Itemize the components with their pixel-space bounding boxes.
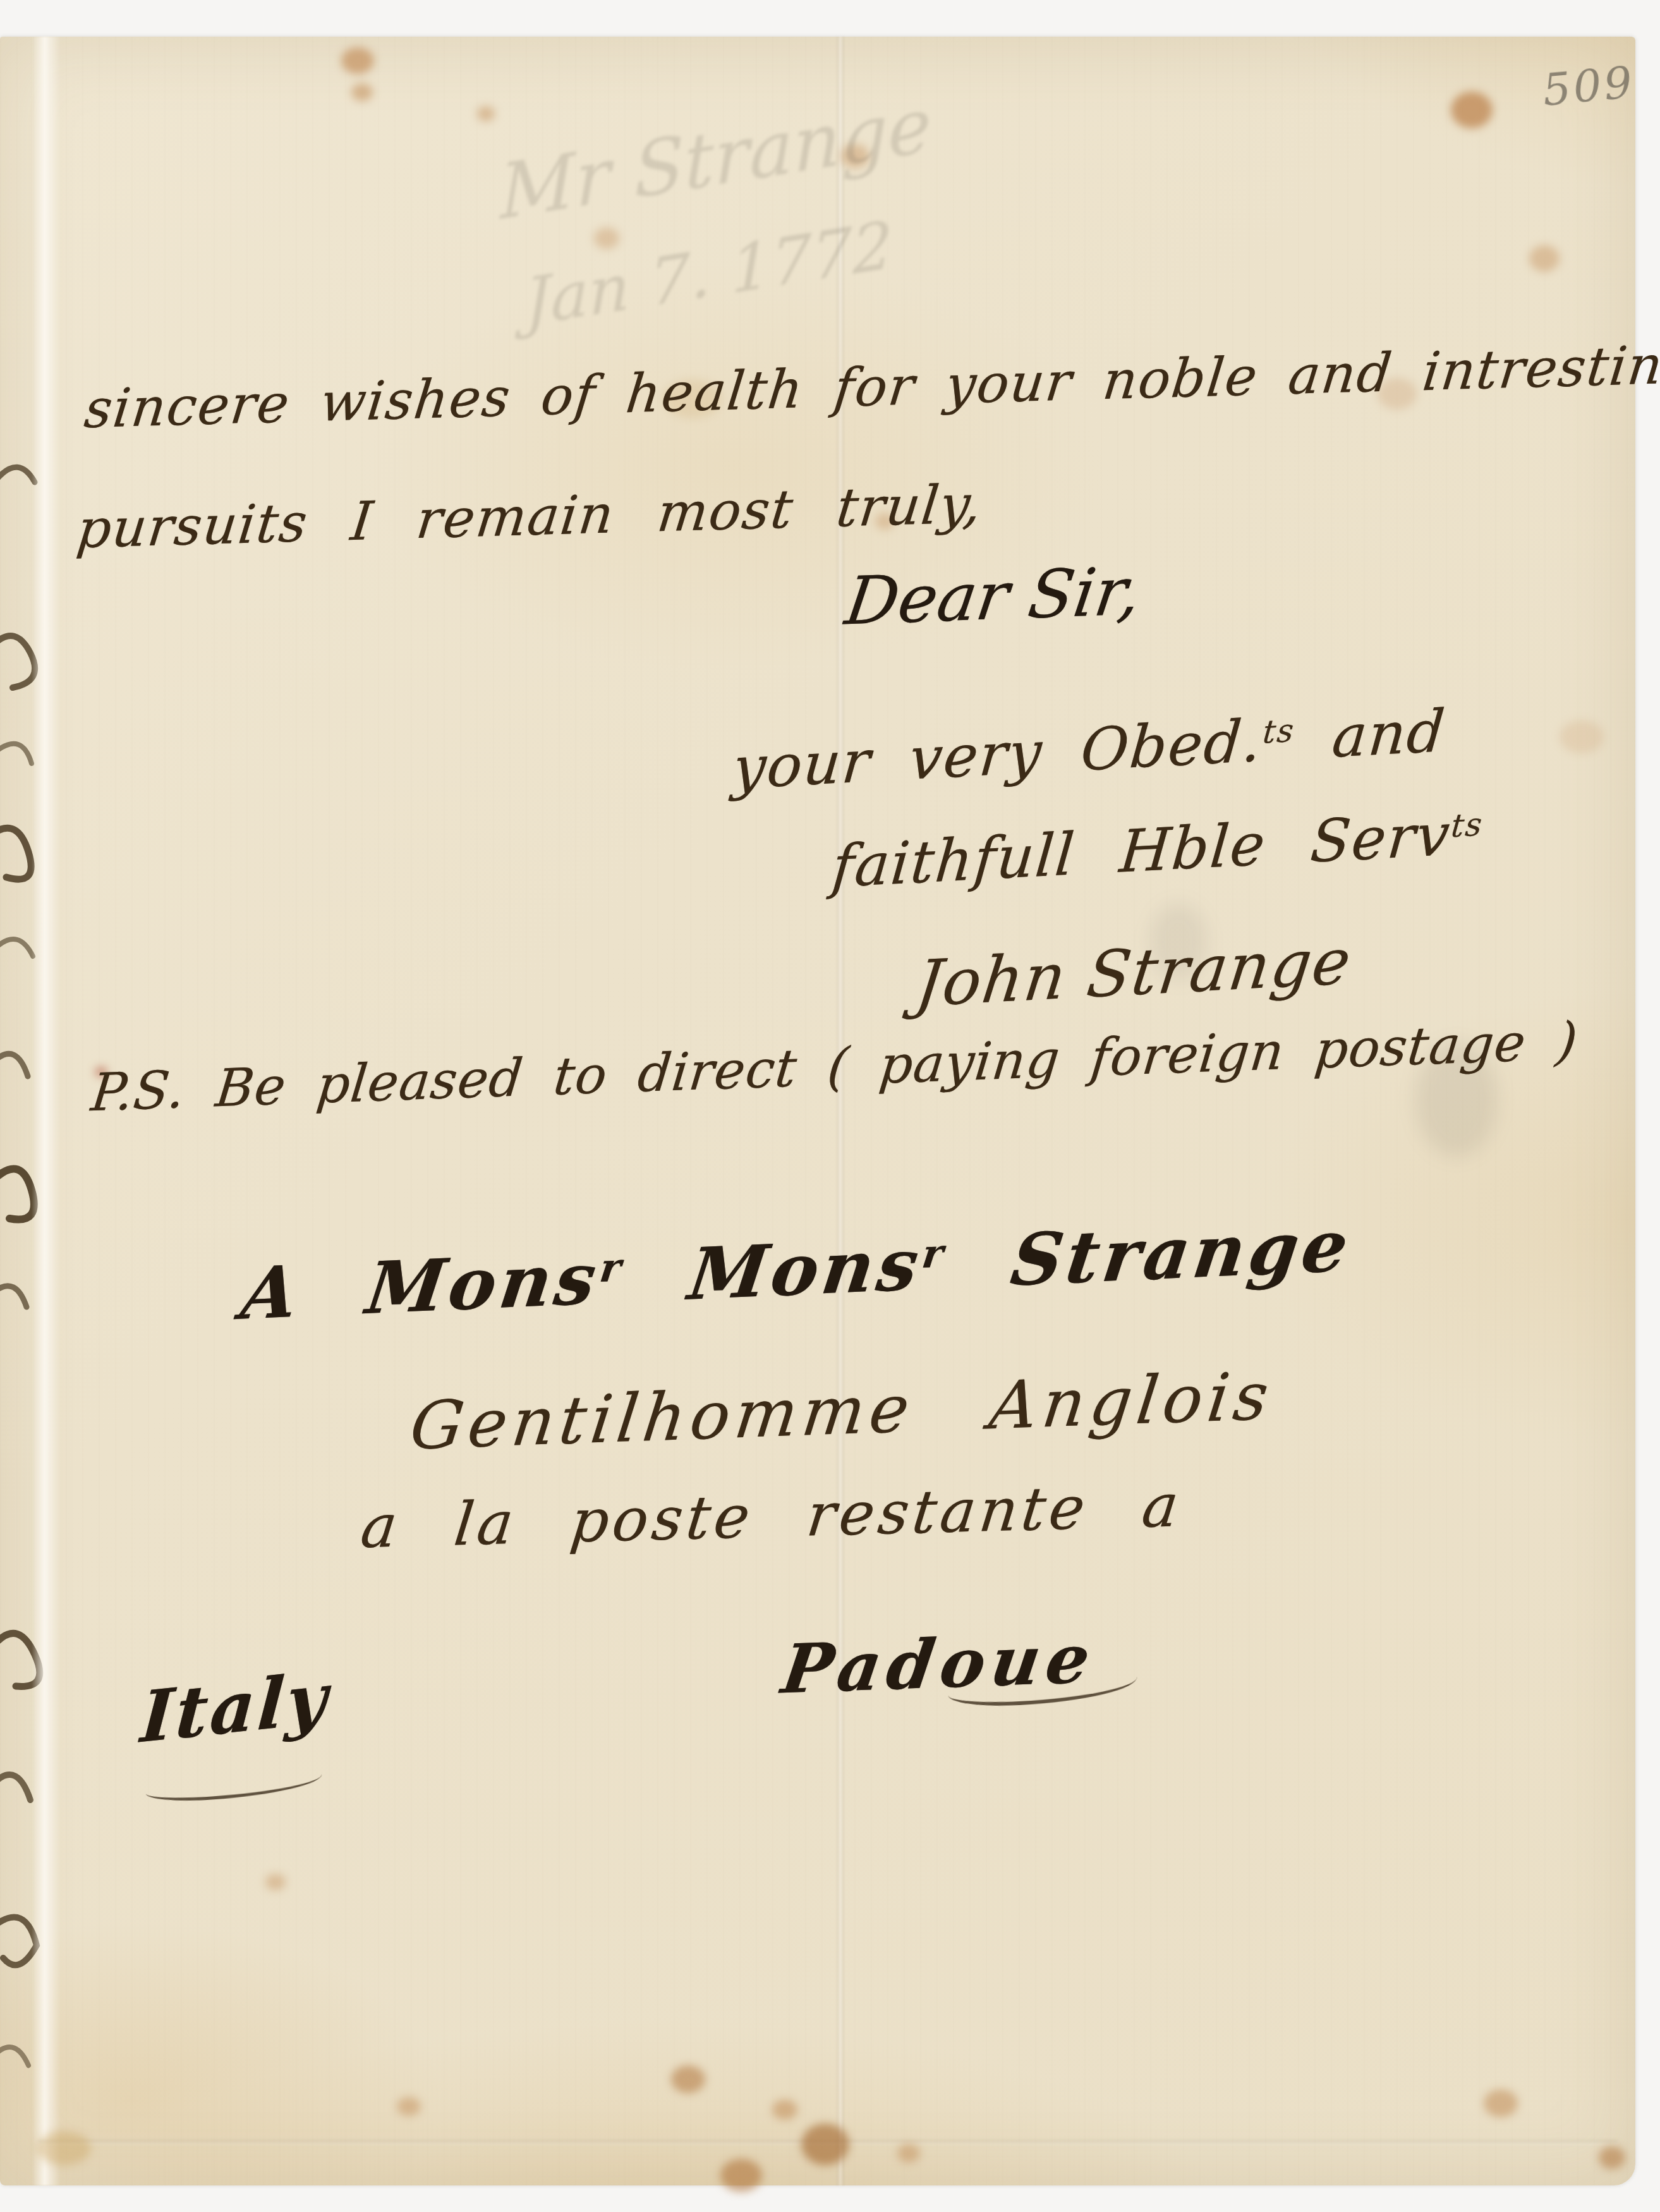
foxing-stain <box>1560 720 1604 753</box>
foxing-stain <box>594 228 619 249</box>
address-line1-b: Mons <box>618 1223 927 1319</box>
foxing-stain <box>671 2065 705 2093</box>
foxing-stain <box>772 2100 797 2120</box>
foxing-stain <box>1599 2146 1625 2169</box>
foxing-stain <box>897 2144 920 2163</box>
foxing-stain <box>801 2124 849 2165</box>
foxing-stain <box>720 2159 762 2192</box>
address-line1-a: A Mons <box>237 1237 605 1336</box>
foxing-stain <box>351 83 373 101</box>
letter-salutation: Dear Sir, <box>841 552 1146 640</box>
foxing-stain <box>1529 245 1560 272</box>
foxing-stain <box>397 2097 421 2116</box>
page-number: 509 <box>1541 56 1637 116</box>
foxing-stain <box>477 106 495 121</box>
closing-line1-superscript: ts <box>1261 712 1296 751</box>
foxing-stain <box>341 47 374 74</box>
closing-line2-superscript: ts <box>1450 805 1484 844</box>
manuscript-letter-scan: 509 Mr Strange Jan 7. 1772 sincere wishe… <box>0 0 1660 2212</box>
closing-line1-post: and <box>1291 697 1448 773</box>
tear-seam <box>32 37 61 2185</box>
foxing-stain <box>1484 2089 1518 2117</box>
foxing-stain <box>37 2131 91 2165</box>
foxing-stain <box>265 1874 286 1890</box>
foxing-stain <box>1451 92 1493 128</box>
